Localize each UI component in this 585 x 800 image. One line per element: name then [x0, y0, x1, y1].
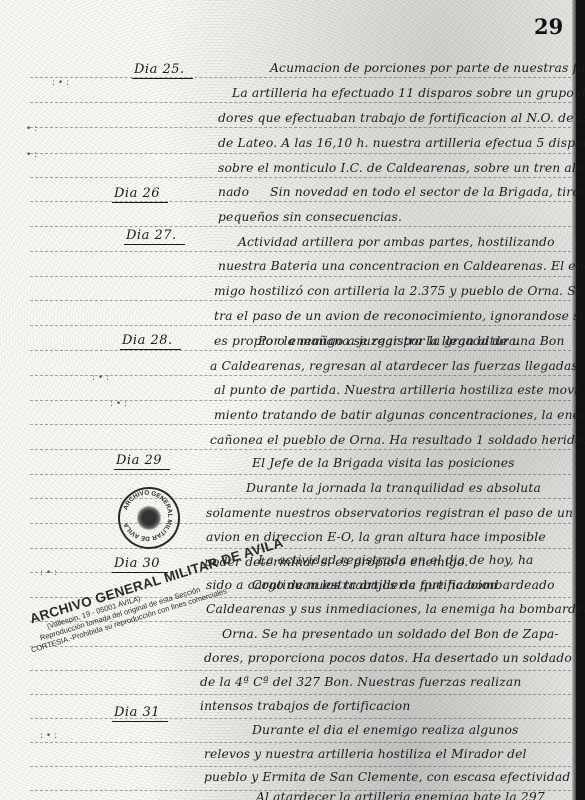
text-line: migo hostilizó con artilleria la 2.375 y…: [214, 284, 585, 298]
page-number: 29: [534, 14, 563, 39]
ruled-line: [30, 300, 571, 301]
ruled-line: [30, 474, 571, 475]
ruled-line: [30, 548, 571, 549]
text-line: Acumacion de porciones por parte de nues…: [270, 61, 585, 75]
margin-mark: : • :: [110, 399, 127, 409]
ruled-line: [30, 375, 571, 376]
ruled-line: [30, 77, 571, 78]
text-line: pueblo y Ermita de San Clemente, con esc…: [204, 770, 570, 784]
text-line: Durante el dia el enemigo realiza alguno…: [252, 723, 518, 737]
text-line: sobre el monticulo I.C. de Caldearenas, …: [218, 161, 585, 175]
text-line: miento tratando de batir algunas concent…: [214, 408, 585, 422]
text-line: solamente nuestros observatorios registr…: [206, 506, 573, 520]
ruled-line: [30, 646, 571, 647]
ruled-line: [30, 523, 571, 524]
text-line: Caldearenas y sus inmediaciones, la enem…: [206, 602, 585, 616]
ruled-line: [30, 177, 571, 178]
text-line: La artilleria ha efectuado 11 disparos s…: [232, 86, 585, 100]
ruled-line: [30, 742, 571, 743]
ruled-line: [30, 449, 571, 450]
text-line: Por la mañana se registra la llegada de …: [258, 334, 565, 348]
ruled-line: [30, 102, 571, 103]
text-line: Orna. Se ha presentado un soldado del Bo…: [222, 627, 559, 641]
day-label-25: Dia 25.: [132, 62, 193, 79]
text-line: al punto de partida. Nuestra artilleria …: [214, 383, 583, 397]
margin-mark: : • :: [52, 78, 69, 88]
day-label-27: Dia 27.: [124, 228, 185, 245]
text-line: El Jefe de la Brigada visita las posicio…: [252, 456, 515, 470]
day-label-28: Dia 28.: [120, 333, 181, 350]
text-line: dores, proporciona pocos datos. Ha deser…: [204, 651, 572, 665]
ruled-line: [30, 226, 571, 227]
round-archive-stamp: ARCHIVO GENERAL MILITAR DE AVILA: [114, 483, 184, 553]
margin-mark: • :: [26, 150, 37, 160]
ruled-line: [30, 498, 571, 499]
text-line: Sin novedad en todo el sector de la Brig…: [270, 185, 585, 199]
ruled-line: [30, 350, 571, 351]
text-line: pequeños sin consecuencias.: [218, 210, 402, 224]
margin-mark: : • :: [40, 568, 57, 578]
text-line: de la 4ª Cª del 327 Bon. Nuestras fuerza…: [200, 675, 521, 689]
text-line: Al atardecer la artilleria enemiga bate …: [256, 790, 545, 800]
ruled-line: [30, 276, 571, 277]
text-line: La actividad registrada en el dia de hoy…: [258, 553, 534, 567]
margin-mark: • :: [26, 124, 37, 134]
text-line: tra el paso de un avion de reconocimient…: [214, 309, 584, 323]
text-line: relevos y nuestra artilleria hostiliza e…: [204, 747, 527, 761]
day-label-31: Dia 31: [112, 705, 168, 722]
ruled-line: [30, 694, 571, 695]
text-line: de Lateo. A las 16,10 h. nuestra artille…: [218, 136, 585, 150]
text-line: dores que efectuaban trabajo de fortific…: [218, 111, 585, 125]
text-line: intensos trabajos de fortificacion: [200, 699, 410, 713]
ruled-line: [30, 153, 571, 154]
day-label-30: Dia 30: [112, 556, 168, 573]
text-line: nado: [218, 185, 249, 199]
text-line: cañonea el pueblo de Orna. Ha resultado …: [210, 433, 585, 447]
text-line: Actividad artillera por ambas partes, ho…: [238, 235, 555, 249]
ruled-line: [30, 127, 571, 128]
scanned-document-page: 29 : • : • : • : : • : : • : : • : : • :…: [0, 0, 585, 800]
ruled-line: [30, 325, 571, 326]
text-line: nuestra Bateria una concentracion en Cal…: [218, 259, 585, 273]
text-line: Durante la jornada la tranquilidad es ab…: [246, 481, 541, 495]
margin-mark: : • :: [92, 373, 109, 383]
ruled-line: [30, 766, 571, 767]
ruled-line: [30, 251, 571, 252]
ruled-line: [30, 424, 571, 425]
margin-mark: : • :: [40, 731, 57, 741]
ruled-line: [30, 670, 571, 671]
day-label-26: Dia 26: [112, 186, 168, 203]
text-line: a Caldearenas, regresan al atardecer las…: [210, 359, 578, 373]
day-label-29: Dia 29: [114, 453, 170, 470]
